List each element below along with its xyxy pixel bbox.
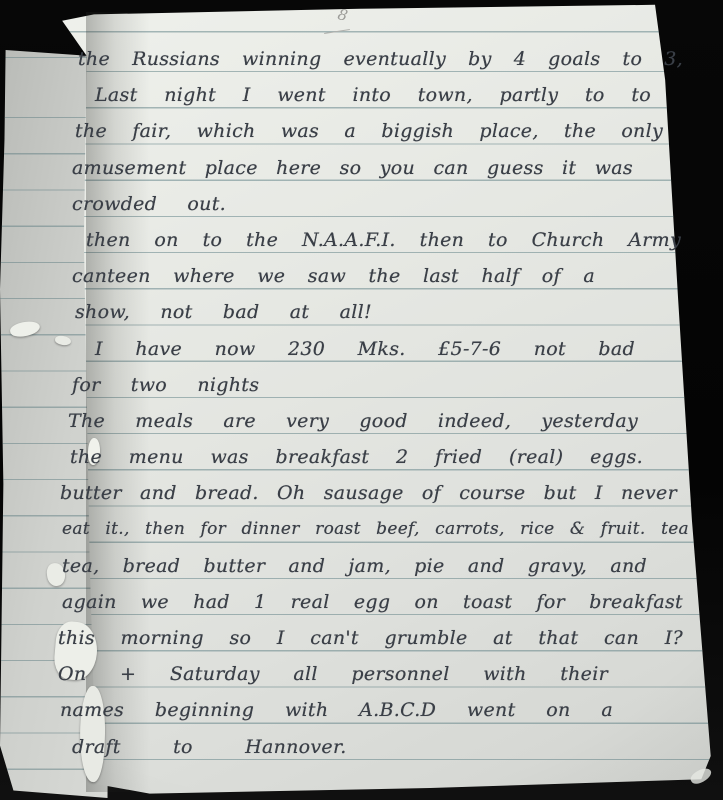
- handwritten-line: tea, bread butter and jam, pie and gravy…: [0, 543, 723, 579]
- notebook-photo: 8 the Russians winning eventually by 4 g…: [0, 0, 723, 800]
- handwritten-line: crowded out.: [0, 181, 723, 217]
- handwritten-line: canteen where we saw the last half of a: [0, 253, 723, 289]
- handwritten-line: I have now 230 Mks. £5-7-6 not bad: [0, 326, 723, 362]
- handwriting: the Russians winning eventually by 4 goa…: [0, 36, 723, 760]
- handwritten-line: the fair, which was a biggish place, the…: [0, 108, 723, 144]
- handwritten-line: Last night I went into town, partly to t…: [0, 72, 723, 108]
- handwritten-line: On + Saturday all personnel with their: [0, 651, 723, 687]
- handwritten-line: again we had 1 real egg on toast for bre…: [0, 579, 723, 615]
- handwritten-line: names beginning with A.B.C.D went on a: [0, 687, 723, 723]
- handwritten-line: butter and bread. Oh sausage of course b…: [0, 470, 723, 506]
- handwritten-line: this morning so I can't grumble at that …: [0, 615, 723, 651]
- handwritten-line: amusement place here so you can guess it…: [0, 145, 723, 181]
- handwritten-line: the Russians winning eventually by 4 goa…: [0, 36, 723, 72]
- handwritten-line: eat it., then for dinner roast beef, car…: [0, 506, 723, 542]
- handwritten-line: show, not bad at all!: [0, 289, 723, 325]
- handwritten-line: draft to Hannover.: [0, 724, 723, 760]
- handwritten-line: the menu was breakfast 2 fried (real) eg…: [0, 434, 723, 470]
- handwritten-line: The meals are very good indeed, yesterda…: [0, 398, 723, 434]
- handwritten-line: then on to the N.A.A.F.I. then to Church…: [0, 217, 723, 253]
- handwritten-line: for two nights: [0, 362, 723, 398]
